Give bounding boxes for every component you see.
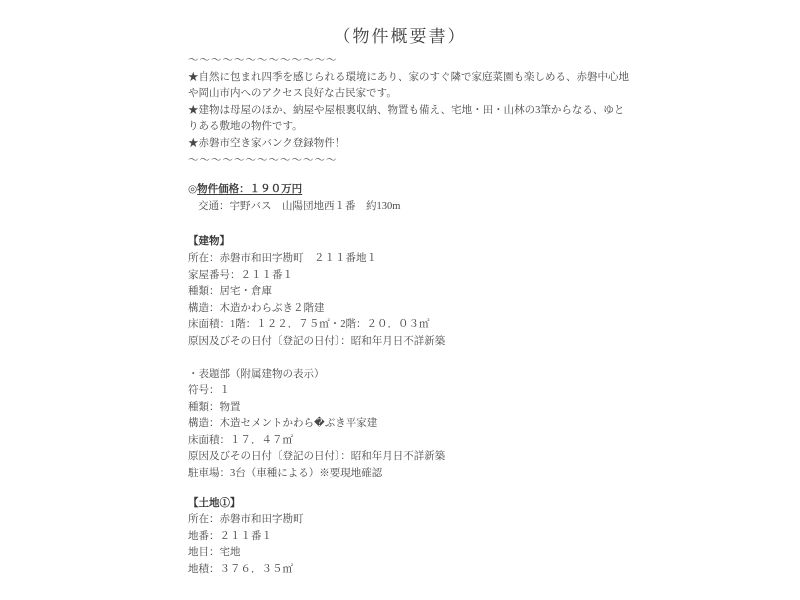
building-location-row: 所在：赤磐市和田字勘町 ２１１番地１ [188,251,624,268]
document-content: ～～～～～～～～～～～～～ ★自然に包まれ四季を感じられる環境にあり、家のすぐ隣… [188,53,624,579]
document-page: （物件概要書） ～～～～～～～～～～～～～ ★自然に包まれ四季を感じられる環境に… [0,0,800,600]
building-structure-row: 構造：木造かわらぶき２階建 [188,301,624,318]
land-section-header: 【土地①】 [188,496,624,513]
parking-row: 駐車場：3台（車種による）※要現地確認 [188,466,624,483]
price-marker-icon: ◎ [188,184,197,195]
annex-type-row: 種類：物置 [188,400,624,417]
land-section: 【土地①】 所在：赤磐市和田字勘町 地番：２１１番１ 地目：宅地 地積：３７６．… [188,496,624,579]
building-house-number-row: 家屋番号：２１１番１ [188,268,624,285]
tilde-divider-bottom: ～～～～～～～～～～～～～ [188,153,624,170]
price-line: ◎物件価格：１９０万円 [188,182,624,199]
intro-line: ★自然に包まれ四季を感じられる環境にあり、家のすぐ隣で家庭菜園も楽しめる、赤磐中… [188,70,624,87]
building-registration-date-row: 原因及びその日付〔登記の日付〕：昭和年月日不詳新築 [188,334,624,351]
building-type-row: 種類：居宅・倉庫 [188,284,624,301]
building-floor-area-row: 床面積：1階：１２２．７５㎡・2階：２０．０３㎡ [188,317,624,334]
page-title: （物件概要書） [0,0,800,47]
tilde-divider-top: ～～～～～～～～～～～～～ [188,53,624,70]
land-area-row: 地積：３７６．３５㎡ [188,562,624,579]
intro-line: や岡山市内へのアクセス良好な古民家です。 [188,86,624,103]
land-lot-number-row: 地番：２１１番１ [188,529,624,546]
price-value: 物件価格：１９０万円 [197,184,302,195]
building-section-header: 【建物】 [188,234,624,251]
land-location-row: 所在：赤磐市和田字勘町 [188,512,624,529]
annex-section-header: ・表題部（附属建物の表示） [188,367,624,384]
land-category-row: 地目：宅地 [188,545,624,562]
intro-line: ★建物は母屋のほか、納屋や屋根裏収納、物置も備え、宅地・田・山林の3筆からなる、… [188,103,624,120]
annex-registration-date-row: 原因及びその日付〔登記の日付〕：昭和年月日不詳新築 [188,449,624,466]
intro-line-vacant-house-bank: ★赤磐市空き家バンク登録物件！ [188,136,624,153]
annex-section: ・表題部（附属建物の表示） 符号：１ 種類：物置 構造：木造セメントかわら�ぶき… [188,367,624,483]
price-block: ◎物件価格：１９０万円 交通：宇野バス 山陽団地西１番 約130m [188,182,624,215]
building-section: 【建物】 所在：赤磐市和田字勘町 ２１１番地１ 家屋番号：２１１番１ 種類：居宅… [188,234,624,350]
access-line: 交通：宇野バス 山陽団地西１番 約130m [188,199,624,216]
intro-line: りある敷地の物件です。 [188,119,624,136]
annex-structure-row: 構造：木造セメントかわら�ぶき平家建 [188,416,624,433]
annex-floor-area-row: 床面積：１７．４７㎡ [188,433,624,450]
annex-symbol-row: 符号：１ [188,383,624,400]
